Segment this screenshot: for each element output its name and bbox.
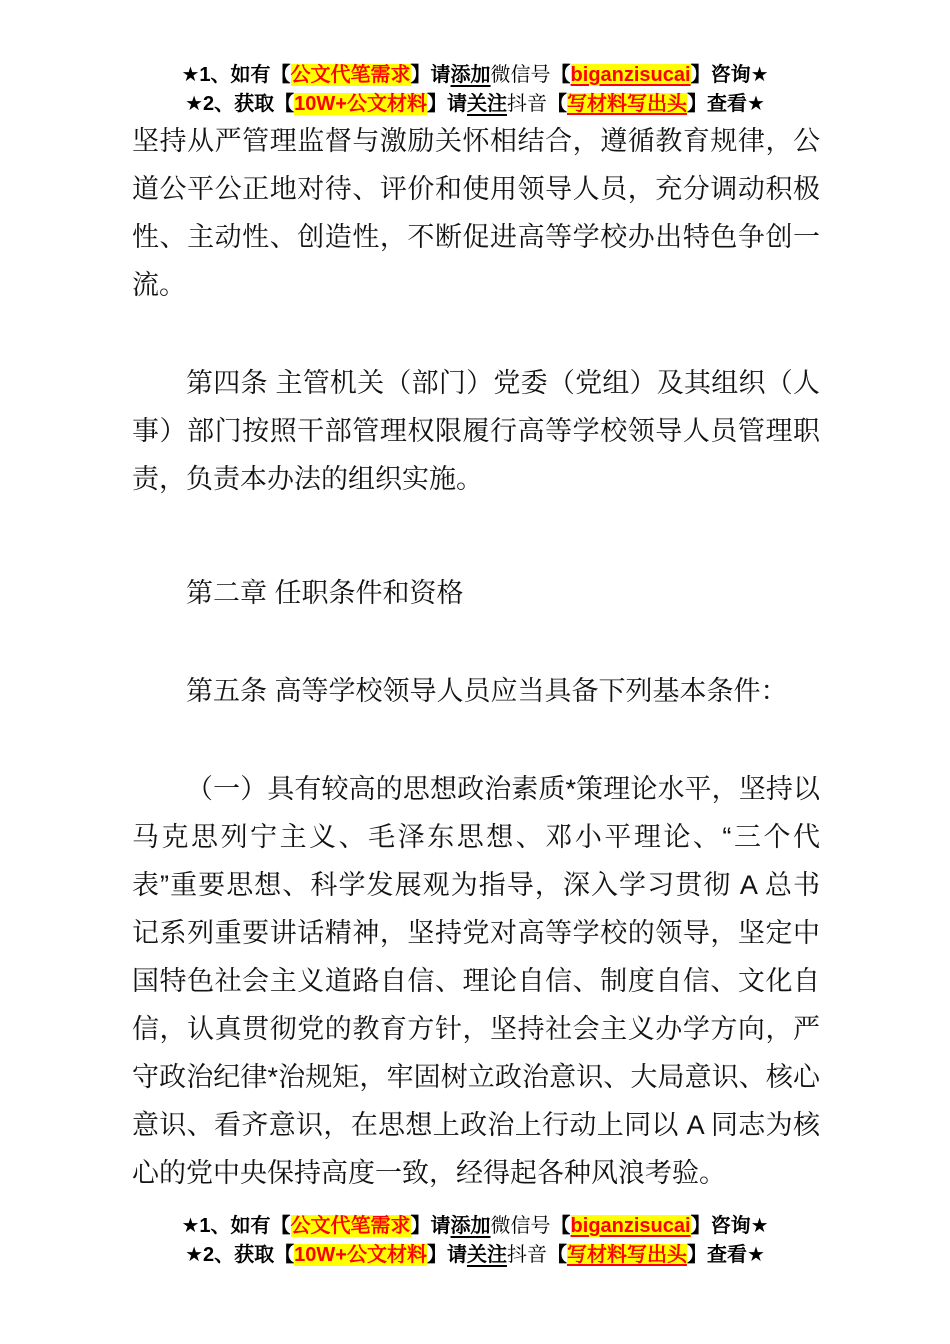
promo-text: 微信号 xyxy=(491,1215,551,1237)
paragraph-article-4: 第四条 主管机关（部门）党委（党组）及其组织（人事）部门按照干部管理权限履行高等… xyxy=(132,359,820,503)
promo-underlined-action: 添加 xyxy=(451,1215,491,1237)
promo-highlight-service: 公文代笔需求 xyxy=(291,64,411,86)
promo-text: 】请 xyxy=(411,64,451,86)
promo-text: 】请 xyxy=(427,93,467,115)
promo-line-2: ★2、获取【10W+公文材料】请关注抖音【写材料写出头】查看★ xyxy=(0,90,950,119)
promo-line-1: ★1、如有【公文代笔需求】请添加微信号【biganzisucai】咨询★ xyxy=(0,1212,950,1241)
promo-text: ★1、如有【 xyxy=(181,64,290,86)
promo-text: 】查看★ xyxy=(687,1244,765,1266)
promo-text: 】查看★ xyxy=(687,93,765,115)
document-page: ★1、如有【公文代笔需求】请添加微信号【biganzisucai】咨询★ ★2、… xyxy=(0,0,950,1344)
promo-line-1: ★1、如有【公文代笔需求】请添加微信号【biganzisucai】咨询★ xyxy=(0,61,950,90)
paragraph-item-1: （一）具有较高的思想政治素质*策理论水平，坚持以马克思列宁主义、毛泽东思想、邓小… xyxy=(132,765,820,1197)
paragraph-article-5: 第五条 高等学校领导人员应当具备下列基本条件： xyxy=(132,667,820,715)
promo-text: 抖音 xyxy=(507,93,547,115)
promo-underlined-action: 关注 xyxy=(467,93,507,115)
promo-text: 【 xyxy=(551,64,571,86)
promo-highlight-service: 公文代笔需求 xyxy=(291,1215,411,1237)
promo-text: 】咨询★ xyxy=(691,64,769,86)
promo-text: 【 xyxy=(547,93,567,115)
promo-wechat-id: biganzisucai xyxy=(571,1215,691,1237)
promo-wechat-id: biganzisucai xyxy=(571,64,691,86)
paragraph-continuation: 坚持从严管理监督与激励关怀相结合，遵循教育规律，公道公平公正地对待、评价和使用领… xyxy=(132,117,820,309)
promo-text: 抖音 xyxy=(507,1244,547,1266)
chapter-heading: 第二章 任职条件和资格 xyxy=(132,569,820,617)
promo-text: 【 xyxy=(551,1215,571,1237)
promo-underlined-action: 关注 xyxy=(467,1244,507,1266)
promo-text: 【 xyxy=(547,1244,567,1266)
promo-banner-top: ★1、如有【公文代笔需求】请添加微信号【biganzisucai】咨询★ ★2、… xyxy=(0,61,950,119)
promo-douyin-id: 写材料写出头 xyxy=(567,93,687,115)
promo-douyin-id: 写材料写出头 xyxy=(567,1244,687,1266)
promo-underlined-action: 添加 xyxy=(451,64,491,86)
promo-text: 微信号 xyxy=(491,64,551,86)
promo-highlight-materials: 10W+公文材料 xyxy=(294,93,427,115)
promo-text: 】请 xyxy=(411,1215,451,1237)
promo-text: ★2、获取【 xyxy=(185,93,294,115)
promo-line-2: ★2、获取【10W+公文材料】请关注抖音【写材料写出头】查看★ xyxy=(0,1241,950,1270)
promo-highlight-materials: 10W+公文材料 xyxy=(294,1244,427,1266)
promo-text: 】咨询★ xyxy=(691,1215,769,1237)
promo-text: ★2、获取【 xyxy=(185,1244,294,1266)
promo-text: ★1、如有【 xyxy=(181,1215,290,1237)
promo-banner-bottom: ★1、如有【公文代笔需求】请添加微信号【biganzisucai】咨询★ ★2、… xyxy=(0,1212,950,1270)
document-body: 坚持从严管理监督与激励关怀相结合，遵循教育规律，公道公平公正地对待、评价和使用领… xyxy=(132,117,820,1247)
promo-text: 】请 xyxy=(427,1244,467,1266)
